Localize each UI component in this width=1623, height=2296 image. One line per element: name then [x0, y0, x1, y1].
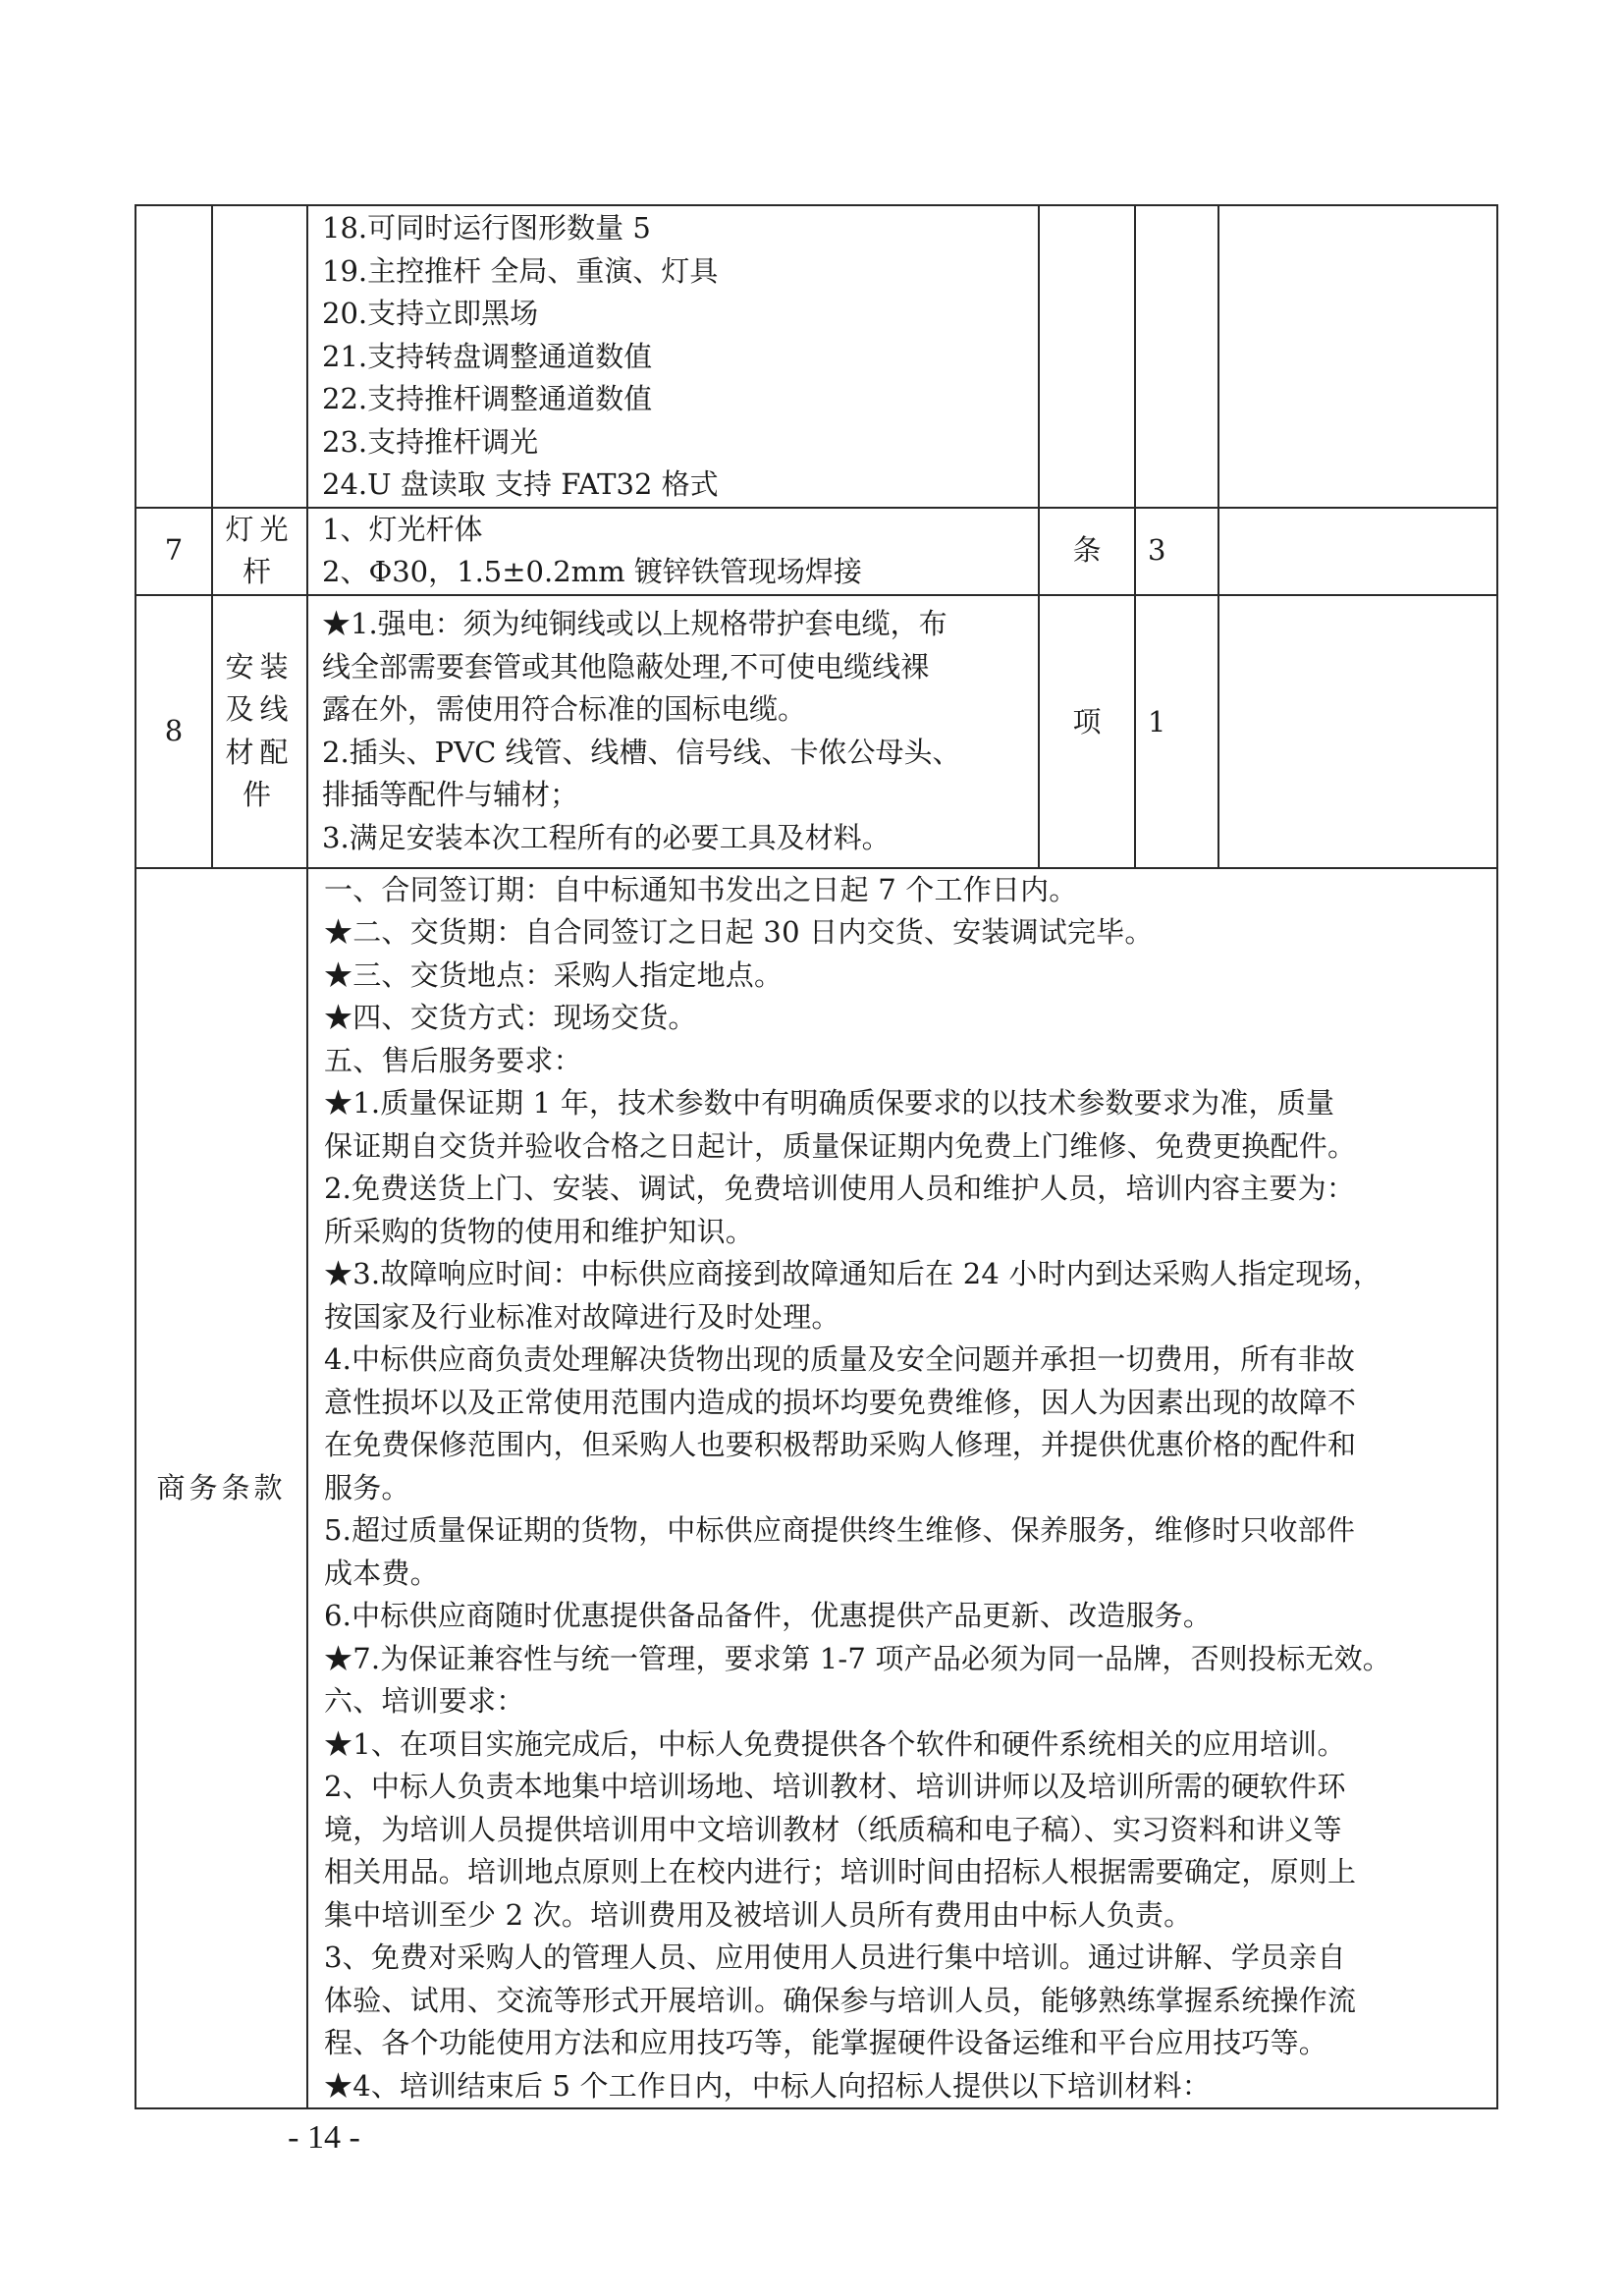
cell-unit [1039, 205, 1135, 508]
terms-line: 意性损坏以及正常使用范围内造成的损坏均要免费维修，因人为因素出现的故障不 [324, 1382, 1488, 1425]
spec-line: 23.支持推杆调光 [322, 421, 1024, 465]
cell-unit: 条 [1039, 508, 1135, 595]
cell-note [1218, 508, 1497, 595]
terms-line: ★三、交货地点：采购人指定地点。 [324, 955, 1488, 998]
cell-item-name [212, 205, 307, 508]
terms-line: 在免费保修范围内，但采购人也要积极帮助采购人修理，并提供优惠价格的配件和 [324, 1424, 1488, 1467]
spec-line: 线全部需要套管或其他隐蔽处理,不可使电缆线裸 [322, 646, 1024, 689]
cell-item-name: 安装及线材配件 [212, 595, 307, 868]
terms-line: 2、中标人负责本地集中培训场地、培训教材、培训讲师以及培训所需的硬软件环 [324, 1766, 1488, 1809]
terms-line: 所采购的货物的使用和维护知识。 [324, 1211, 1488, 1254]
terms-line: 境，为培训人员提供培训用中文培训教材（纸质稿和电子稿）、实习资料和讲义等 [324, 1809, 1488, 1852]
spec-line: 露在外，需使用符合标准的国标电缆。 [322, 688, 1024, 732]
business-terms-label: 商务条款 [135, 868, 307, 2109]
cell-unit: 项 [1039, 595, 1135, 868]
spec-line: 1、灯光杆体 [322, 509, 1024, 552]
table-row-item-7: 7 灯光杆 1、灯光杆体 2、Φ30，1.5±0.2mm 镀锌铁管现场焊接 条 … [135, 508, 1497, 595]
terms-line: 相关用品。培训地点原则上在校内进行；培训时间由招标人根据需要确定，原则上 [324, 1851, 1488, 1894]
terms-line: 服务。 [324, 1467, 1488, 1510]
terms-line: ★4、培训结束后 5 个工作日内，中标人向招标人提供以下培训材料： [324, 2065, 1488, 2108]
spec-line: 24.U 盘读取 支持 FAT32 格式 [322, 464, 1024, 507]
table-row-continued: 18.可同时运行图形数量 5 19.主控推杆 全局、重演、灯具 20.支持立即黑… [135, 205, 1497, 508]
terms-line: 程、各个功能使用方法和应用技巧等，能掌握硬件设备运维和平台应用技巧等。 [324, 2022, 1488, 2065]
terms-line: 六、培训要求： [324, 1680, 1488, 1723]
spec-line: 2.插头、PVC 线管、线槽、信号线、卡侬公母头、 [322, 732, 1024, 775]
spec-line: 2、Φ30，1.5±0.2mm 镀锌铁管现场焊接 [322, 551, 1024, 594]
cell-item-description: 1、灯光杆体 2、Φ30，1.5±0.2mm 镀锌铁管现场焊接 [307, 508, 1039, 595]
terms-line: 按国家及行业标准对故障进行及时处理。 [324, 1296, 1488, 1339]
terms-line: 一、合同签订期：自中标通知书发出之日起 7 个工作日内。 [324, 869, 1488, 912]
document-page: 18.可同时运行图形数量 5 19.主控推杆 全局、重演、灯具 20.支持立即黑… [0, 0, 1623, 2296]
cell-quantity [1135, 205, 1218, 508]
terms-line: ★1.质量保证期 1 年，技术参数中有明确质保要求的以技术参数要求为准，质量 [324, 1082, 1488, 1125]
spec-line: 排插等配件与辅材； [322, 774, 1024, 817]
table-row-business-terms: 商务条款 一、合同签订期：自中标通知书发出之日起 7 个工作日内。 ★二、交货期… [135, 868, 1497, 2109]
terms-line: 5.超过质量保证期的货物，中标供应商提供终生维修、保养服务，维修时只收部件 [324, 1509, 1488, 1553]
spec-line: ★1.强电：须为纯铜线或以上规格带护套电缆，布 [322, 603, 1024, 646]
terms-line: 2.免费送货上门、安装、调试，免费培训使用人员和维护人员，培训内容主要为： [324, 1168, 1488, 1211]
table-row-item-8: 8 安装及线材配件 ★1.强电：须为纯铜线或以上规格带护套电缆，布 线全部需要套… [135, 595, 1497, 868]
business-terms-content: 一、合同签订期：自中标通知书发出之日起 7 个工作日内。 ★二、交货期：自合同签… [307, 868, 1497, 2109]
cell-quantity: 3 [1135, 508, 1218, 595]
spec-line: 22.支持推杆调整通道数值 [322, 378, 1024, 421]
cell-item-number: 7 [135, 508, 212, 595]
procurement-spec-table: 18.可同时运行图形数量 5 19.主控推杆 全局、重演、灯具 20.支持立即黑… [135, 204, 1498, 2109]
terms-line: ★3.故障响应时间：中标供应商接到故障通知后在 24 小时内到达采购人指定现场， [324, 1253, 1488, 1296]
terms-line: 集中培训至少 2 次。培训费用及被培训人员所有费用由中标人负责。 [324, 1894, 1488, 1938]
cell-item-description: 18.可同时运行图形数量 5 19.主控推杆 全局、重演、灯具 20.支持立即黑… [307, 205, 1039, 508]
spec-line: 19.主控推杆 全局、重演、灯具 [322, 250, 1024, 294]
terms-line: 保证期自交货并验收合格之日起计，质量保证期内免费上门维修、免费更换配件。 [324, 1125, 1488, 1169]
terms-line: ★1、在项目实施完成后，中标人免费提供各个软件和硬件系统相关的应用培训。 [324, 1723, 1488, 1767]
cell-note [1218, 595, 1497, 868]
terms-line: ★二、交货期：自合同签订之日起 30 日内交货、安装调试完毕。 [324, 911, 1488, 955]
terms-line: 体验、试用、交流等形式开展培训。确保参与培训人员，能够熟练掌握系统操作流 [324, 1980, 1488, 2023]
terms-line: ★7.为保证兼容性与统一管理，要求第 1-7 项产品必须为同一品牌，否则投标无效… [324, 1638, 1488, 1681]
terms-line: 3、免费对采购人的管理人员、应用使用人员进行集中培训。通过讲解、学员亲自 [324, 1937, 1488, 1980]
terms-line: 4.中标供应商负责处理解决货物出现的质量及安全问题并承担一切费用，所有非故 [324, 1339, 1488, 1382]
page-number: - 14 - [0, 2119, 648, 2157]
spec-line: 18.可同时运行图形数量 5 [322, 207, 1024, 250]
cell-quantity: 1 [1135, 595, 1218, 868]
cell-item-number: 8 [135, 595, 212, 868]
terms-line: 五、售后服务要求： [324, 1040, 1488, 1083]
spec-line: 20.支持立即黑场 [322, 293, 1024, 336]
spec-line: 3.满足安装本次工程所有的必要工具及材料。 [322, 817, 1024, 860]
cell-item-description: ★1.强电：须为纯铜线或以上规格带护套电缆，布 线全部需要套管或其他隐蔽处理,不… [307, 595, 1039, 868]
terms-line: 6.中标供应商随时优惠提供备品备件，优惠提供产品更新、改造服务。 [324, 1595, 1488, 1638]
terms-line: ★四、交货方式：现场交货。 [324, 997, 1488, 1040]
spec-line: 21.支持转盘调整通道数值 [322, 336, 1024, 379]
cell-item-name: 灯光杆 [212, 508, 307, 595]
cell-item-number [135, 205, 212, 508]
terms-line: 成本费。 [324, 1553, 1488, 1596]
cell-note [1218, 205, 1497, 508]
